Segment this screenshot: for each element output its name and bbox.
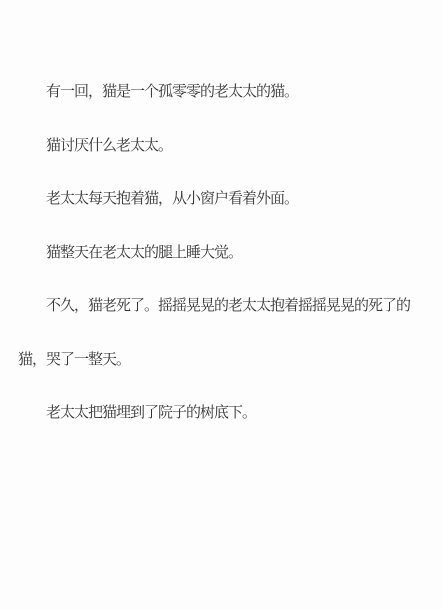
text-line-4: 猫整天在老太太的腿上睡大觉。 xyxy=(18,227,422,281)
text-line-1: 有一回，猫是一个孤零零的老太太的猫。 xyxy=(18,66,422,120)
text-line-2: 猫讨厌什么老太太。 xyxy=(18,120,422,174)
text-line-3: 老太太每天抱着猫，从小窗户看着外面。 xyxy=(18,173,422,227)
story-text: 有一回，猫是一个孤零零的老太太的猫。 猫讨厌什么老太太。 老太太每天抱着猫，从小… xyxy=(18,66,422,441)
text-line-7: 老太太把猫埋到了院子的树底下。 xyxy=(18,387,422,441)
document-page: 有一回，猫是一个孤零零的老太太的猫。 猫讨厌什么老太太。 老太太每天抱着猫，从小… xyxy=(0,0,442,609)
text-line-5: 不久，猫老死了。摇摇晃晃的老太太抱着摇摇晃晃的死了的 xyxy=(18,280,422,334)
text-line-6: 猫，哭了一整天。 xyxy=(18,334,422,388)
